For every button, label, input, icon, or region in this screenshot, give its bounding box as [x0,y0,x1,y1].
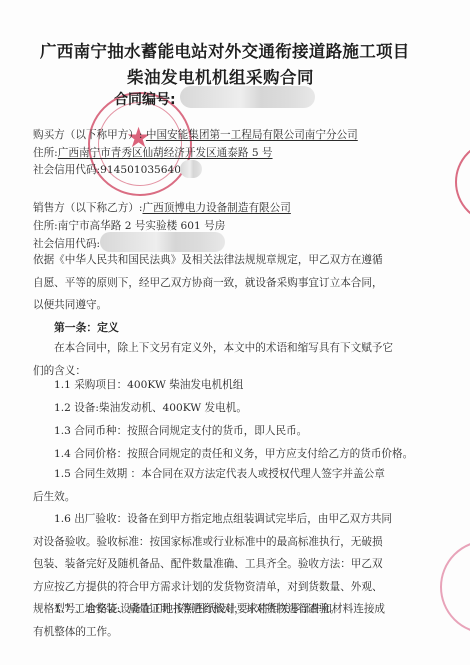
definition-1-1: 1.1 采购项目：400KW 柴油发电机机组 [54,377,243,392]
seller-address-label: 住所: [33,220,58,232]
buyer-address-line: 住所:广西南宁市青秀区仙葫经济开发区通泰路 5 号 [33,145,273,160]
definition-1-2: 1.2 设备:柴油发动机、400KW 发电机。 [54,400,247,415]
seller-address: 南宁市高华路 2 号实验楼 601 号房 [58,220,226,232]
seller-line: 销售方（以下称乙方）:广西顶博电力设备制造有限公司 [33,200,291,215]
buyer-credit-line: 社会信用代码:914501035640011 [33,162,201,177]
buyer-credit-redacted [180,160,202,178]
seller-seal-partial-bottom [440,540,470,634]
definition-1-3: 1.3 合同币种：按照合同规定支付的货币，即人民币。 [54,423,307,438]
article-1-intro: 在本合同中，除上下文另有定义外，本文中的术语和缩写具有下文赋予它们的含义： [33,337,393,382]
contract-number-label: 合同编号: [114,89,176,109]
buyer-label: 购买方（以下称甲方）: [33,129,143,141]
document-title: 广西南宁抽水蓄能电站对外交通衔接道路施工项目 [40,38,440,62]
definition-1-4: 1.4 合同价格：按照合同规定的责任和义务，甲方应支付给乙方的货币价格。 [54,446,413,461]
definition-1-5: 1.5 合同生效期 ：本合同在双方法定代表人或授权代理人签字并盖公章后生效。 [33,463,393,508]
document-subtitle: 柴油发电机机组采购合同 [127,64,314,88]
buyer-address-label: 住所: [33,147,58,159]
buyer-credit-label: 社会信用代码: [33,164,100,176]
buyer-name: 中国安能集团第一工程局有限公司南宁分公司 [146,129,358,141]
seller-name: 广西顶博电力设备制造有限公司 [143,202,291,214]
buyer-address: 广西南宁市青秀区仙葫经济开发区通泰路 5 号 [58,147,273,159]
seller-address-line: 住所:南宁市高华路 2 号实验楼 601 号房 [33,218,225,233]
contract-number-redacted [180,86,315,108]
buyer-line: 购买方（以下称甲方）: 中国安能集团第一工程局有限公司南宁分公司 [33,127,358,142]
seller-label: 销售方（以下称乙方）: [33,202,143,214]
contract-page: ★ 广西南宁抽水蓄能电站对外交通衔接道路施工项目 柴油发电机机组采购合同 合同编… [0,0,470,665]
definition-1-7: 1.7 工地安装:设备在工地按照图纸设计要求将相关零部件和材料连接成有机整体的工… [33,598,393,643]
seller-seal-partial-top [455,140,470,224]
preamble-paragraph: 依据《中华人民共和国民法典》及相关法律法规规章规定，甲乙双方在遵循自愿、平等的原… [33,249,393,317]
article-1-heading: 第一条：定义 [54,320,119,335]
